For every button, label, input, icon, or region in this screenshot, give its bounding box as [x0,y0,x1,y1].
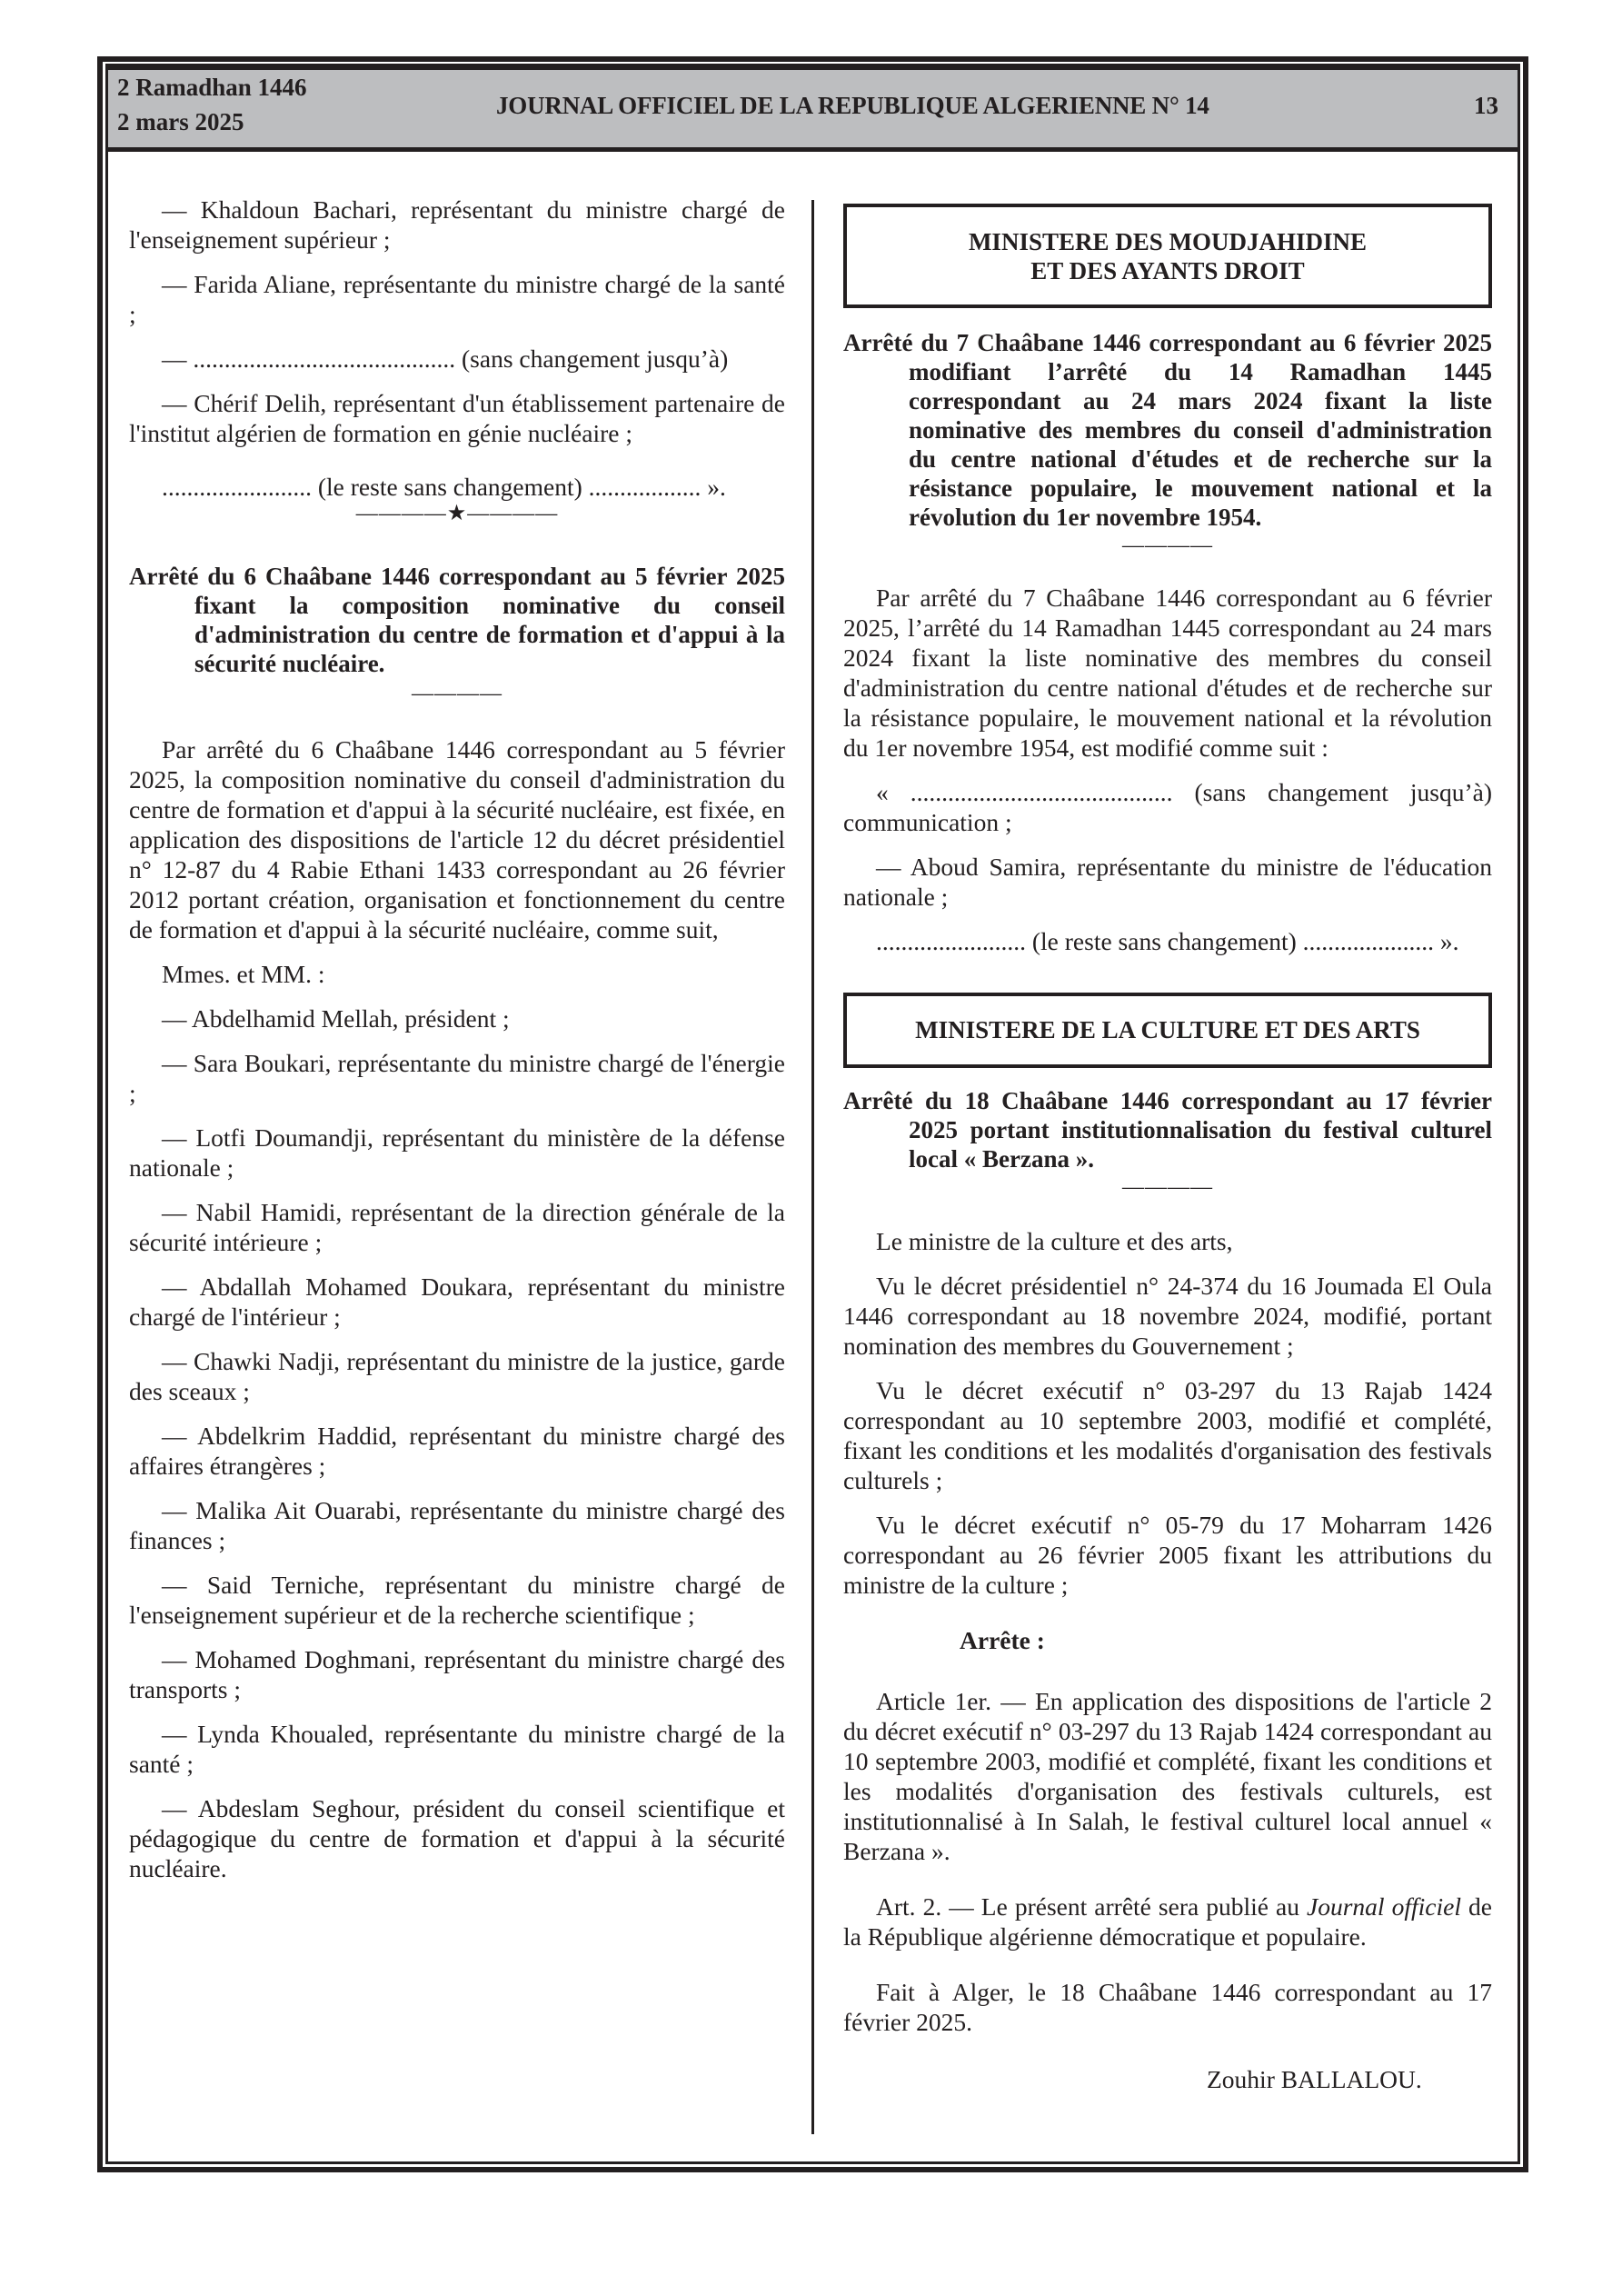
continuation-end: ........................ (le reste sans … [129,472,785,502]
header-date-hijri: 2 Ramadhan 1446 [117,74,307,101]
visa-item: Vu le décret exécutif n° 05-79 du 17 Moh… [843,1510,1492,1600]
visa-item: Vu le décret exécutif n° 03-297 du 13 Ra… [843,1375,1492,1495]
member-item: — Sara Boukari, représentante du ministr… [129,1048,785,1108]
title-separator: ———— [843,534,1492,557]
title-separator: ———— [129,682,785,705]
members-intro: Mmes. et MM. : [129,959,785,989]
decree-body: Par arrêté du 6 Chaâbane 1446 correspond… [129,734,785,944]
member-item: — Abdelkrim Haddid, représentant du mini… [129,1421,785,1481]
member-item: — Abdallah Mohamed Doukara, représentant… [129,1272,785,1332]
member-item: — Nabil Hamidi, représentant de la direc… [129,1197,785,1257]
decree-title: Arrêté du 6 Chaâbane 1446 correspondant … [129,562,785,678]
done-at: Fait à Alger, le 18 Chaâbane 1446 corres… [843,1977,1492,2037]
left-column: — Khaldoun Bachari, représentant du mini… [129,195,785,1883]
decree-title: Arrêté du 7 Chaâbane 1446 correspondant … [843,328,1492,532]
journal-officiel-italic: Journal officiel [1307,1892,1461,1921]
title-separator: ———— [843,1175,1492,1199]
journal-title: JOURNAL OFFICIEL DE LA REPUBLIQUE ALGERI… [496,92,1209,120]
member-item: — Lynda Khoualed, représentante du minis… [129,1719,785,1779]
quote-start: « ......................................… [843,777,1492,837]
continuation-item: — Khaldoun Bachari, représentant du mini… [129,195,785,255]
decree-title: Arrêté du 18 Chaâbane 1446 correspondant… [843,1086,1492,1173]
article-2: Art. 2. — Le présent arrêté sera publié … [843,1892,1492,1952]
page-header: 2 Ramadhan 1446 2 mars 2025 JOURNAL OFFI… [108,66,1518,152]
star-separator: ————★———— [129,502,785,525]
ministry-header-moudjahidine: MINISTERE DES MOUDJAHIDINE ET DES AYANTS… [843,204,1492,308]
right-column: MINISTERE DES MOUDJAHIDINE ET DES AYANTS… [843,204,1492,2094]
article-1: Article 1er. — En application des dispos… [843,1686,1492,1866]
quote-end: ........................ (le reste sans … [843,926,1492,956]
member-item: — Abdeslam Seghour, président du conseil… [129,1793,785,1883]
decree-intro: Le ministre de la culture et des arts, [843,1226,1492,1256]
member-item: — Malika Ait Ouarabi, représentante du m… [129,1495,785,1555]
signature: Zouhir BALLALOU. [843,2064,1492,2094]
visa-item: Vu le décret présidentiel n° 24-374 du 1… [843,1271,1492,1361]
member-item: — Lotfi Doumandji, représentant du minis… [129,1123,785,1183]
continuation-item: — Farida Aliane, représentante du minist… [129,269,785,329]
member-item: — Said Terniche, représentant du ministr… [129,1570,785,1630]
header-date-gregorian: 2 mars 2025 [117,108,244,135]
ministry-name-line1: MINISTERE DES MOUDJAHIDINE [847,227,1488,256]
decree-body: Par arrêté du 7 Chaâbane 1446 correspond… [843,583,1492,763]
ministry-name: MINISTERE DE LA CULTURE ET DES ARTS [847,1015,1488,1044]
article-2-prefix: Art. 2. — Le présent arrêté sera publié … [876,1892,1307,1921]
member-item: — Chawki Nadji, représentant du ministre… [129,1346,785,1406]
member-item: — Abdelhamid Mellah, président ; [129,1003,785,1033]
continuation-item: — ......................................… [129,344,785,374]
page-number: 13 [1474,92,1498,120]
ministry-header-culture: MINISTERE DE LA CULTURE ET DES ARTS [843,993,1492,1068]
member-item: — Mohamed Doghmani, représentant du mini… [129,1644,785,1704]
continuation-item: — Chérif Delih, représentant d'un établi… [129,388,785,448]
member-item: — Aboud Samira, représentante du ministr… [843,852,1492,912]
column-divider [811,200,814,2134]
arrete-heading: Arrête : [843,1625,1492,1655]
ministry-name-line2: ET DES AYANTS DROIT [847,256,1488,285]
